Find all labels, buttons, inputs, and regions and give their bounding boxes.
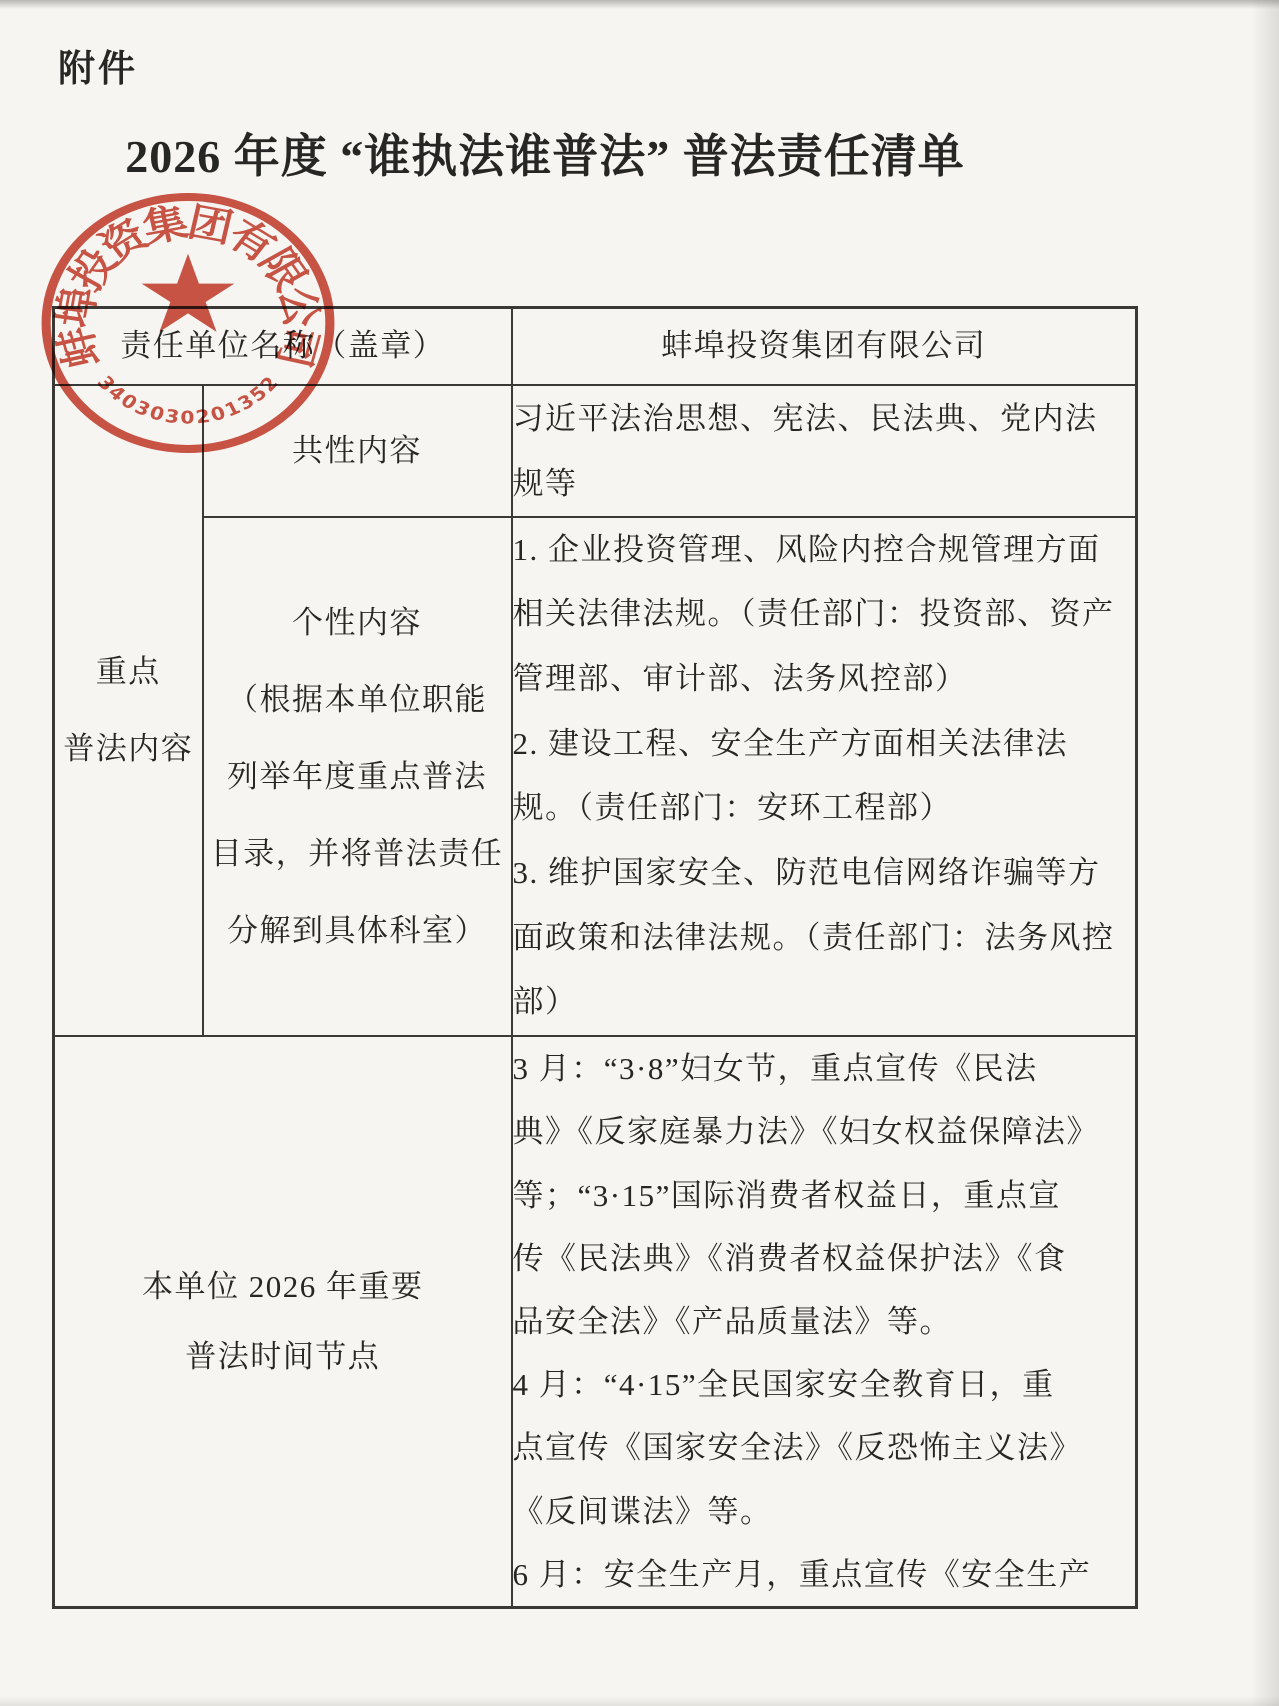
page-title: 2026 年度 “谁执法谁普法” 普法责任清单 <box>0 120 1090 186</box>
photo-edge-shadow-bottom <box>0 1696 1279 1706</box>
individual-content-label-cell: 个性内容 （根据本单位职能 列举年度重点普法 目录，并将普法责任 分解到具体科室… <box>203 517 512 1037</box>
key-content-header-line: 重点 <box>55 633 202 710</box>
timeline-label-cell: 本单位 2026 年重要 普法时间节点 <box>54 1036 512 1607</box>
common-content-label-cell: 共性内容 <box>203 385 512 517</box>
individual-label-line: （根据本单位职能 <box>204 661 511 738</box>
individual-label-line: 目录，并将普法责任 <box>204 815 511 892</box>
photo-edge-shadow-top <box>0 0 1279 9</box>
individual-content-row: 个性内容 （根据本单位职能 列举年度重点普法 目录，并将普法责任 分解到具体科室… <box>54 517 1137 1037</box>
svg-text:集: 集 <box>139 200 193 251</box>
document-page: 附件 2026 年度 “谁执法谁普法” 普法责任清单 责任单位名称（盖章） 蚌埠… <box>0 0 1279 1706</box>
content-line: 规等 <box>513 451 1136 516</box>
individual-content-cell: 1. 企业投资管理、风险内控合规管理方面 相关法律法规。（责任部门：投资部、资产… <box>512 517 1137 1037</box>
content-line: 面政策和法律法规。（责任部门：法务风控 <box>513 906 1136 971</box>
unit-name-label-cell: 责任单位名称（盖章） <box>54 308 512 385</box>
content-line: 习近平法治思想、宪法、民法典、党内法 <box>513 386 1136 451</box>
content-line: 6 月：安全生产月，重点宣传《安全生产 <box>513 1543 1136 1606</box>
content-line: 1. 企业投资管理、风险内控合规管理方面 <box>513 518 1136 583</box>
svg-text:限: 限 <box>249 242 315 299</box>
content-line: 《反间谍法》等。 <box>513 1480 1136 1543</box>
content-line: 2. 建设工程、安全生产方面相关法律法 <box>513 712 1136 777</box>
individual-label-line: 列举年度重点普法 <box>204 738 511 815</box>
svg-text:资: 资 <box>92 212 158 271</box>
content-line: 点宣传《国家安全法》《反恐怖主义法》 <box>513 1416 1136 1479</box>
attachment-label: 附件 <box>58 38 138 92</box>
content-line: 3 月：“3·8”妇女节，重点宣传《民法 <box>513 1037 1136 1100</box>
timeline-content-cell: 3 月：“3·8”妇女节，重点宣传《民法 典》《反家庭暴力法》《妇女权益保障法》… <box>512 1036 1137 1607</box>
common-content-cell: 习近平法治思想、宪法、民法典、党内法 规等 <box>512 385 1137 517</box>
svg-text:团: 团 <box>183 200 237 251</box>
timeline-label-line: 普法时间节点 <box>55 1322 511 1392</box>
content-line: 部） <box>513 970 1136 1035</box>
content-line: 管理部、审计部、法务风控部） <box>513 647 1136 712</box>
responsibility-table: 责任单位名称（盖章） 蚌埠投资集团有限公司 重点 普法内容 共性内容 习近平法治… <box>52 306 1138 1609</box>
content-line: 3. 维护国家安全、防范电信网络诈骗等方 <box>513 841 1136 906</box>
individual-label-line: 分解到具体科室） <box>204 892 511 969</box>
unit-name-row: 责任单位名称（盖章） 蚌埠投资集团有限公司 <box>54 308 1137 385</box>
timeline-row: 本单位 2026 年重要 普法时间节点 3 月：“3·8”妇女节，重点宣传《民法… <box>54 1036 1137 1607</box>
svg-text:有: 有 <box>219 212 284 271</box>
key-content-header-line: 普法内容 <box>55 710 202 787</box>
common-content-row: 重点 普法内容 共性内容 习近平法治思想、宪法、民法典、党内法 规等 <box>54 385 1137 517</box>
content-line: 相关法律法规。（责任部门：投资部、资产 <box>513 582 1136 647</box>
content-line: 规。（责任部门：安环工程部） <box>513 776 1136 841</box>
content-line: 典》《反家庭暴力法》《妇女权益保障法》 <box>513 1100 1136 1163</box>
content-line: 4 月：“4·15”全民国家安全教育日，重 <box>513 1353 1136 1416</box>
timeline-label-line: 本单位 2026 年重要 <box>55 1252 511 1322</box>
content-line: 传《民法典》《消费者权益保护法》《食 <box>513 1227 1136 1290</box>
key-content-header-cell: 重点 普法内容 <box>54 385 203 1037</box>
photo-edge-shadow-right <box>1251 0 1279 1706</box>
unit-name-value-cell: 蚌埠投资集团有限公司 <box>512 308 1137 385</box>
content-line: 品安全法》《产品质量法》等。 <box>513 1290 1136 1353</box>
content-line: 等；“3·15”国际消费者权益日，重点宣 <box>513 1164 1136 1227</box>
individual-label-line: 个性内容 <box>204 584 511 661</box>
svg-text:投: 投 <box>61 242 127 299</box>
